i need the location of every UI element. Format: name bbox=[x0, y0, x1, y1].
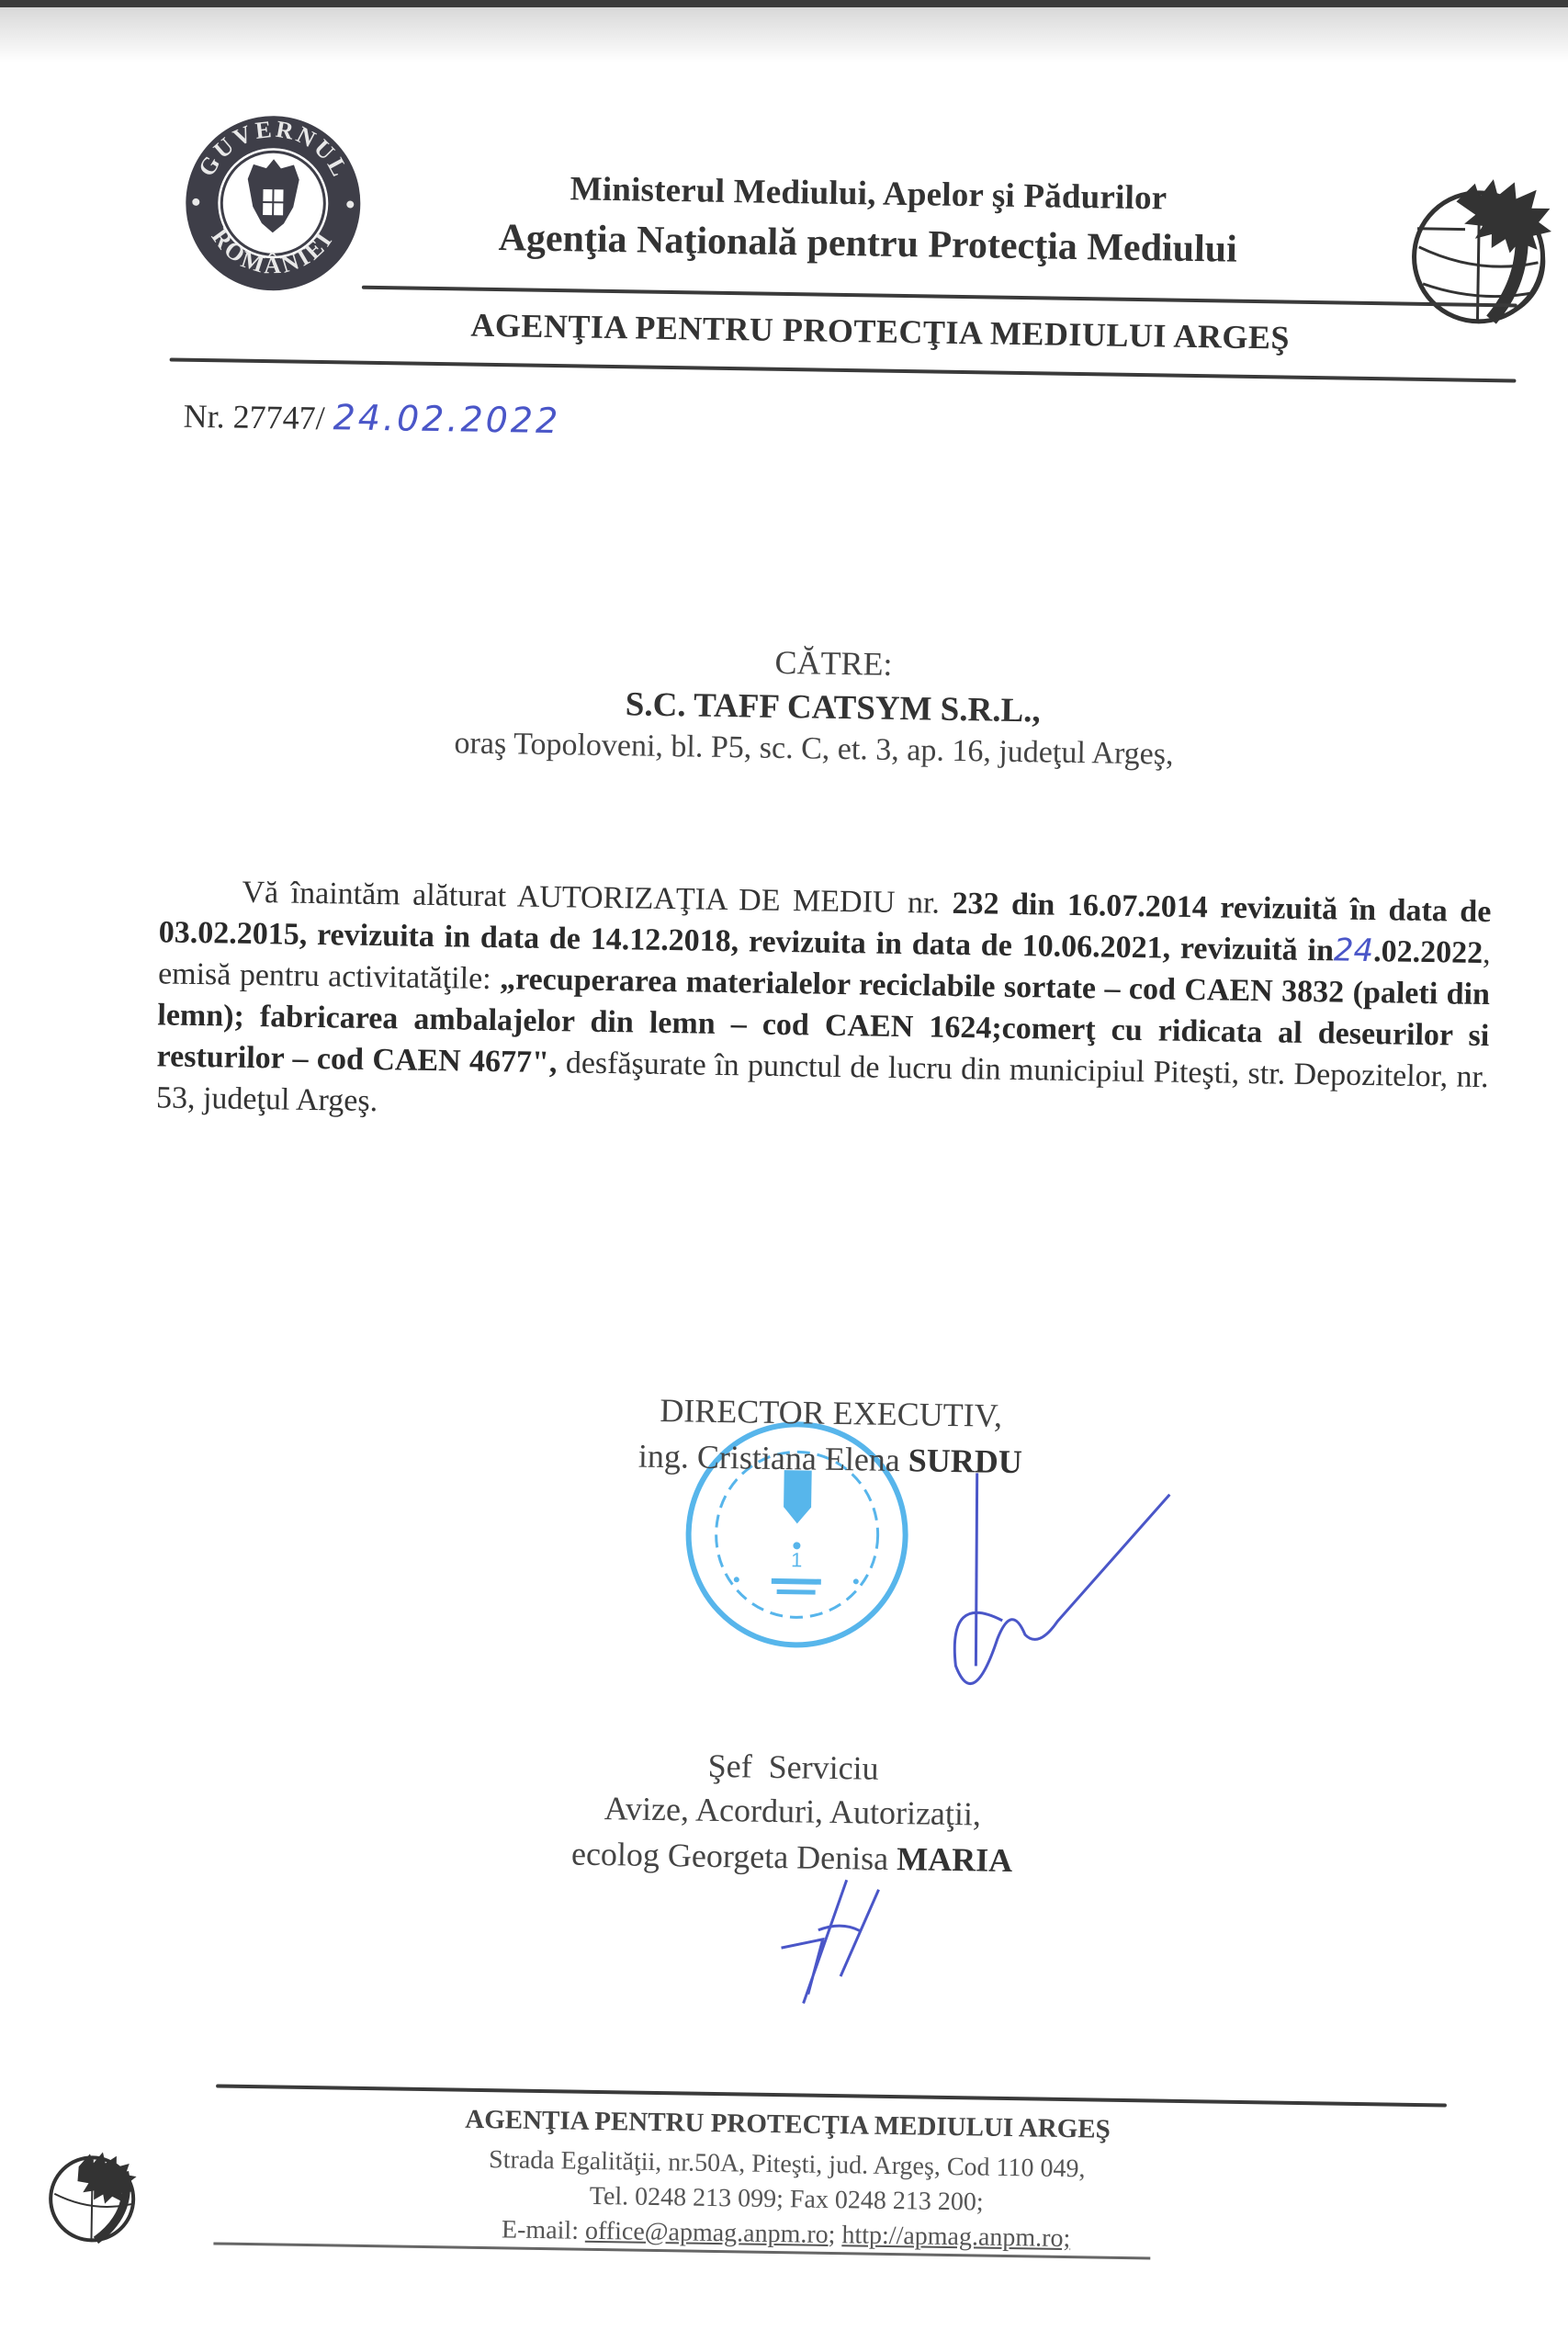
footer-agency-name: AGENŢIA PENTRU PROTECŢIA MEDIULUI ARGEŞ bbox=[259, 2101, 1315, 2148]
revision-date: .02.2022 bbox=[1373, 934, 1483, 970]
page-bottom-margin bbox=[0, 2277, 1568, 2352]
email-link[interactable]: office@apmag.anpm.ro bbox=[585, 2217, 829, 2249]
separator: ; bbox=[828, 2221, 841, 2249]
body-paragraph: Vă înaintăm alăturat AUTORIZAŢIA DE MEDI… bbox=[156, 870, 1492, 1139]
chief-signature-icon bbox=[775, 1874, 915, 2014]
document-number: Nr. 27747/ 24.02.2022 bbox=[183, 395, 560, 441]
svg-text:1: 1 bbox=[791, 1548, 803, 1571]
body-text: Vă înaintăm alăturat AUTORIZAŢIA DE MEDI… bbox=[242, 876, 953, 921]
national-agency-name: Agenţia Naţională pentru Protecţia Mediu… bbox=[380, 214, 1355, 274]
email-label: E-mail: bbox=[502, 2215, 585, 2245]
chief-department: Avize, Acorduri, Autorizaţii, bbox=[494, 1787, 1092, 1835]
document-number-prefix: Nr. 27747/ bbox=[183, 398, 325, 436]
ministry-name: Ministerul Mediului, Apelor şi Pădurilor bbox=[381, 166, 1356, 221]
header-divider-top bbox=[362, 286, 1517, 308]
county-agency-name: AGENŢIA PENTRU PROTECŢIA MEDIULUI ARGEŞ bbox=[306, 303, 1455, 360]
website-link[interactable]: http://apmag.anpm.ro; bbox=[841, 2221, 1070, 2253]
globe-tree-logo-icon bbox=[1390, 164, 1568, 332]
recipient-label: CĂTRE: bbox=[374, 637, 1293, 690]
header-divider-bottom bbox=[170, 357, 1517, 382]
handwritten-day: 24 bbox=[1334, 932, 1374, 969]
director-title: DIRECTOR EXECUTIV, bbox=[509, 1388, 1153, 1437]
government-seal-icon: GUVERNUL ROMÂNIEI bbox=[180, 110, 367, 297]
director-signature-icon bbox=[946, 1464, 1189, 1706]
footer-globe-tree-logo-icon bbox=[40, 2139, 162, 2251]
handwritten-date: 24.02.2022 bbox=[333, 397, 560, 441]
chief-title: Şef Serviciu bbox=[494, 1743, 1092, 1791]
document-page: GUVERNUL ROMÂNIEI M bbox=[0, 0, 1568, 2290]
